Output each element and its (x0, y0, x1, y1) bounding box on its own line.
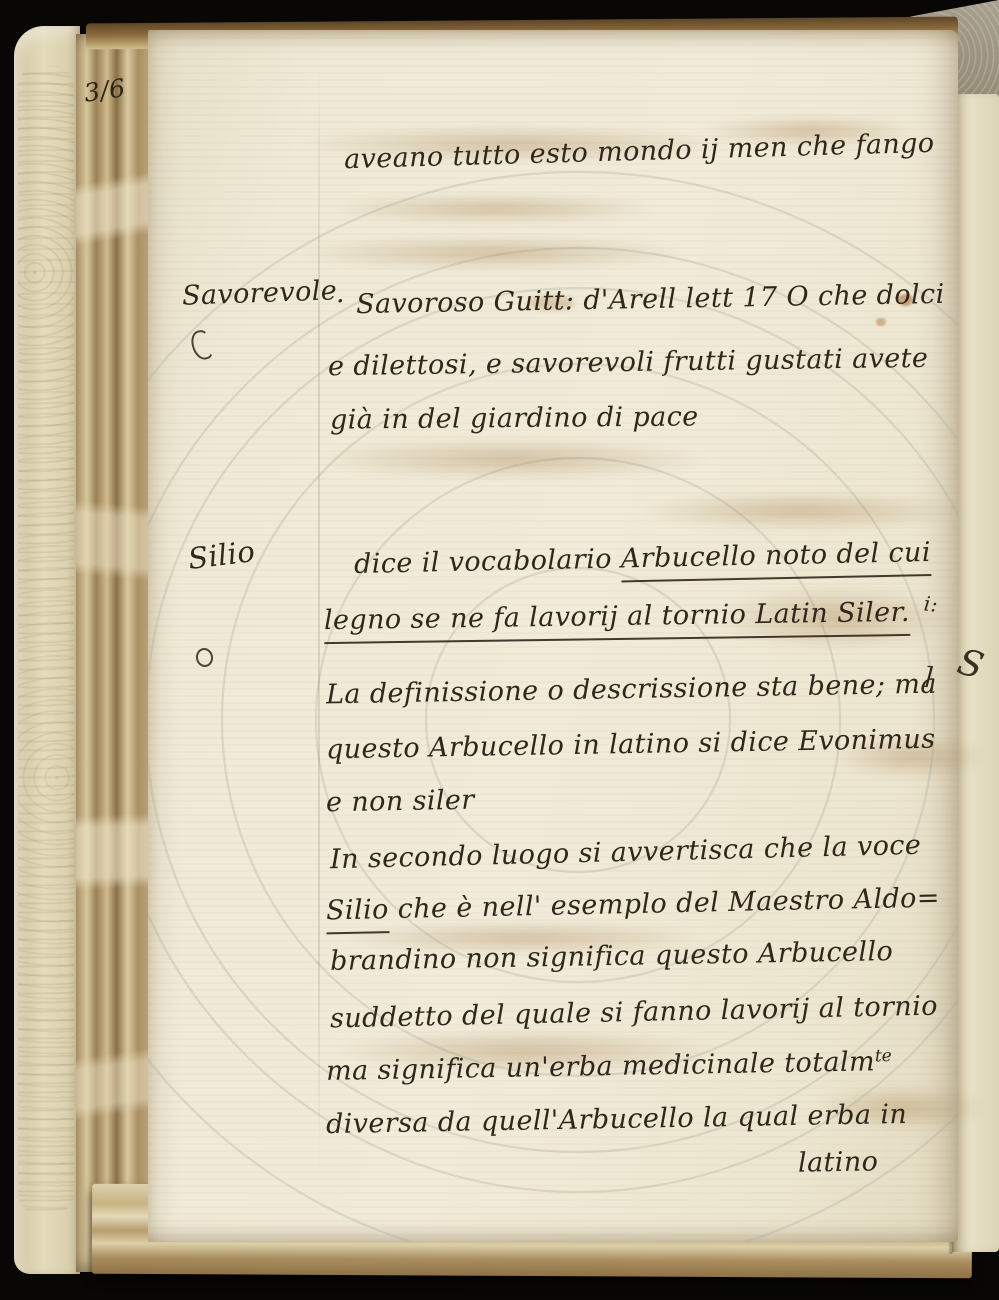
separator-dot: · (336, 286, 345, 317)
savorevole-line-3: già in del giardino di pace (330, 401, 699, 435)
bleedthrough-smudge (298, 236, 688, 270)
silio-note-line-3: e non siler (326, 785, 475, 819)
edge-ink-mark: i: (923, 591, 939, 616)
quote-underlined: legno se ne fa lavorij al tornio Latin S… (324, 597, 910, 644)
bleedthrough-smudge (330, 194, 660, 224)
vellum-cover-edge (14, 26, 80, 1274)
frayed-page-edges (76, 34, 154, 1272)
margin-term-savorevole: Savorevole (182, 275, 338, 311)
superscript-abbreviation: te (875, 1046, 892, 1066)
silio-word-underlined: Silio (326, 894, 389, 934)
bleedthrough-smudge (318, 438, 708, 480)
bleedthrough-smudge (636, 492, 966, 530)
page-crease (318, 60, 320, 1180)
quote-underlined: Arbucello noto del cui (621, 537, 932, 582)
silio-note-line-10: latino (798, 1146, 879, 1178)
folio-mark: 3/6 (82, 73, 127, 107)
manuscript-photo: 3/6 aveano tutto esto mondo ij men che f… (0, 0, 999, 1300)
quote-plain: dice il vocabolario (354, 543, 621, 580)
edge-ink-mark: ] (922, 662, 934, 691)
ink-stain (876, 318, 886, 326)
